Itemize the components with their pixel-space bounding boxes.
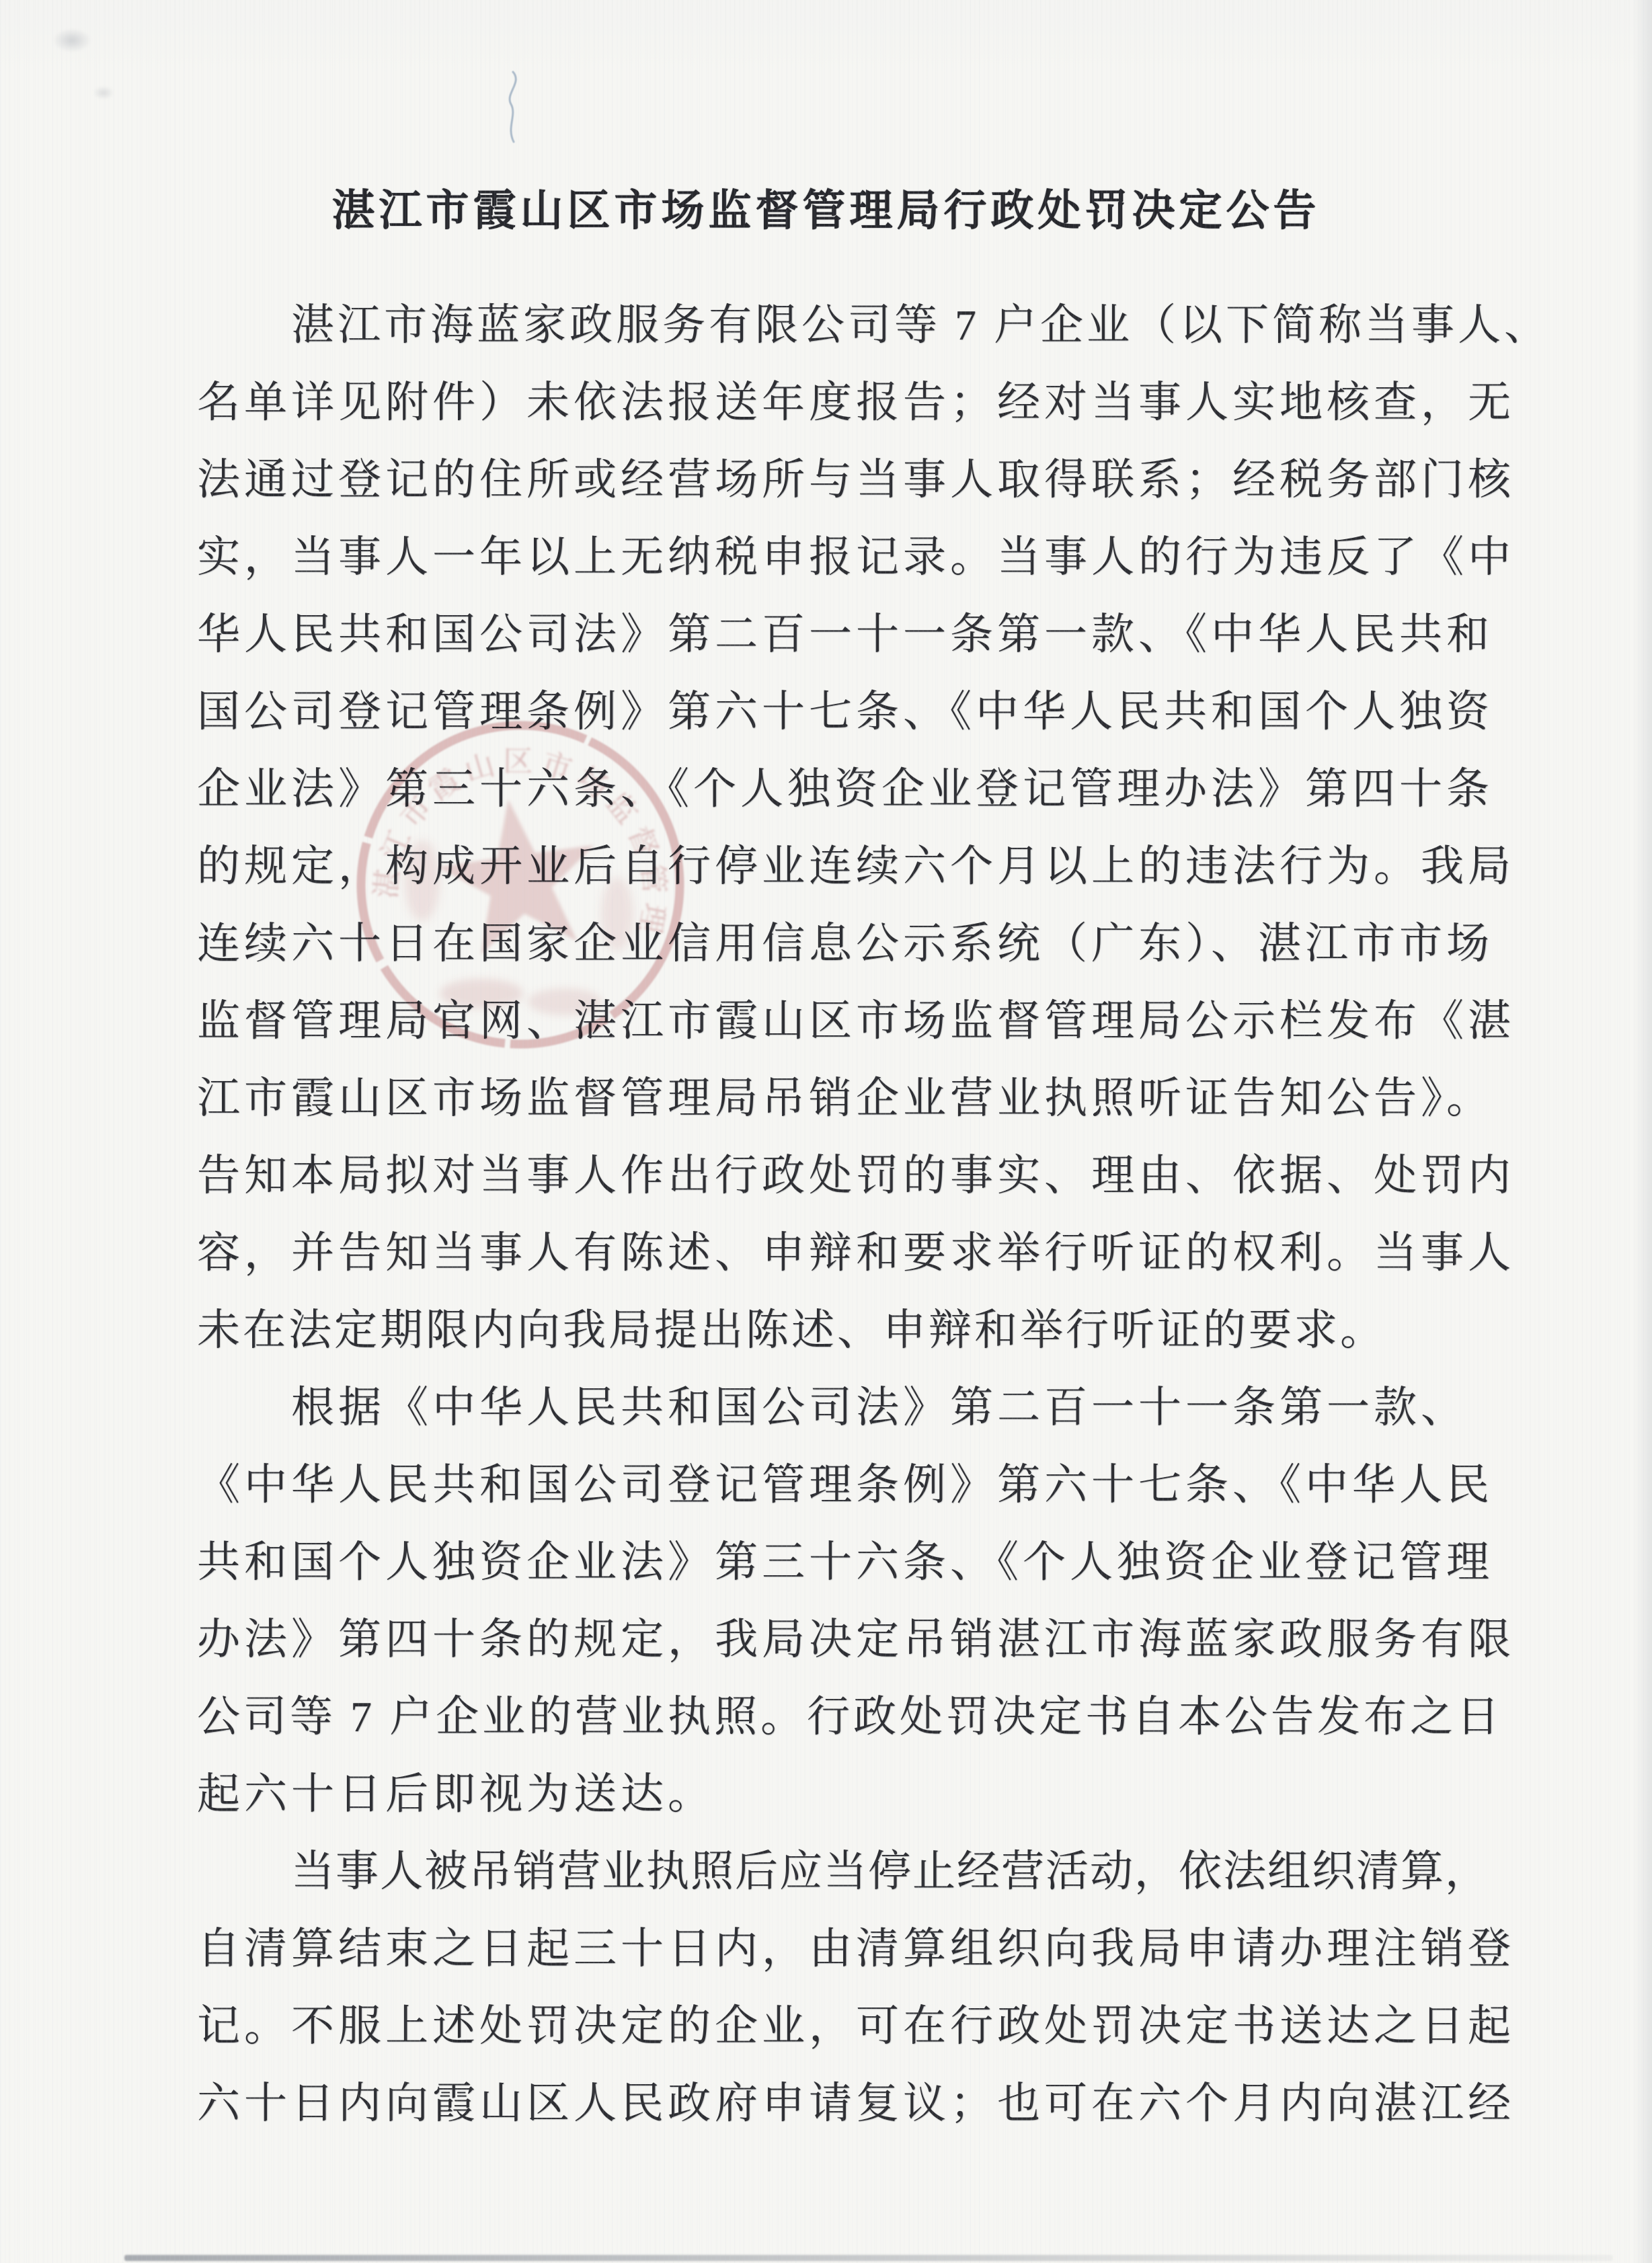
document-line: 《中华人民共和国公司登记管理条例》第六十七条、《中华人民	[197, 1446, 1542, 1523]
document-line: 根据《中华人民共和国公司法》第二百一十一条第一款、	[197, 1369, 1542, 1446]
document-line: 未在法定期限内向我局提出陈述、申辩和举行听证的要求。	[197, 1292, 1542, 1369]
seal-smudge	[601, 877, 633, 951]
document-title: 湛江市霞山区市场监督管理局行政处罚决定公告	[0, 187, 1652, 234]
scan-bottom-edge	[124, 2255, 1613, 2261]
document-line: 容，并告知当事人有陈述、申辩和要求举行听证的权利。当事人	[197, 1214, 1542, 1292]
document-line: 起六十日后即视为送达。	[197, 1755, 1542, 1833]
document-line: 自清算结束之日起三十日内，由清算组织向我局申请办理注销登	[197, 1910, 1542, 1987]
document-line: 当事人被吊销营业执照后应当停止经营活动，依法组织清算，	[197, 1833, 1542, 1910]
seal-smudge	[528, 988, 602, 1015]
document-line: 法通过登记的住所或经营场所与当事人取得联系；经税务部门核	[197, 441, 1542, 518]
document-line: 华人民共和国公司法》第二百一十一条第一款、《中华人民共和	[197, 596, 1542, 673]
scan-smudge	[93, 86, 114, 100]
document-line: 六十日内向霞山区人民政府申请复议；也可在六个月内向湛江经	[197, 2065, 1542, 2142]
document-line: 共和国个人独资企业法》第三十六条、《个人独资企业登记管理	[197, 1523, 1542, 1601]
document-line: 实，当事人一年以上无纳税申报记录。当事人的行为违反了《中	[197, 518, 1542, 596]
seal-star	[430, 789, 607, 959]
seal-smudge	[440, 979, 523, 1008]
document-line: 湛江市海蓝家政服务有限公司等 7 户企业（以下简称当事人、	[197, 286, 1542, 364]
scanned-page: 湛江市霞山区市场监督管理局行政处罚决定公告 湛江市海蓝家政服务有限公司等 7 户…	[0, 0, 1652, 2263]
document-body: 湛江市海蓝家政服务有限公司等 7 户企业（以下简称当事人、名单详见附件）未依法报…	[197, 286, 1542, 2142]
document-line: 记。不服上述处罚决定的企业，可在行政处罚决定书送达之日起	[197, 1987, 1542, 2065]
seal-graphic: 湛江市霞山区市场监督管理局	[348, 713, 693, 1057]
document-line: 名单详见附件）未依法报送年度报告；经对当事人实地核查，无	[197, 364, 1542, 441]
document-line: 办法》第四十条的规定，我局决定吊销湛江市海蓝家政服务有限	[197, 1601, 1542, 1678]
scan-hairline-artifact	[493, 69, 540, 147]
scan-smudge	[52, 28, 91, 52]
seal-smudge	[405, 840, 440, 921]
official-seal: 湛江市霞山区市场监督管理局	[348, 713, 693, 1057]
document-line: 公司等 7 户企业的营业执照。行政处罚决定书自本公告发布之日	[197, 1678, 1542, 1755]
document-line: 告知本局拟对当事人作出行政处罚的事实、理由、依据、处罚内	[197, 1137, 1542, 1214]
scan-right-edge-shading	[1633, 0, 1652, 2263]
document-line: 江市霞山区市场监督管理局吊销企业营业执照听证告知公告》。	[197, 1060, 1542, 1137]
